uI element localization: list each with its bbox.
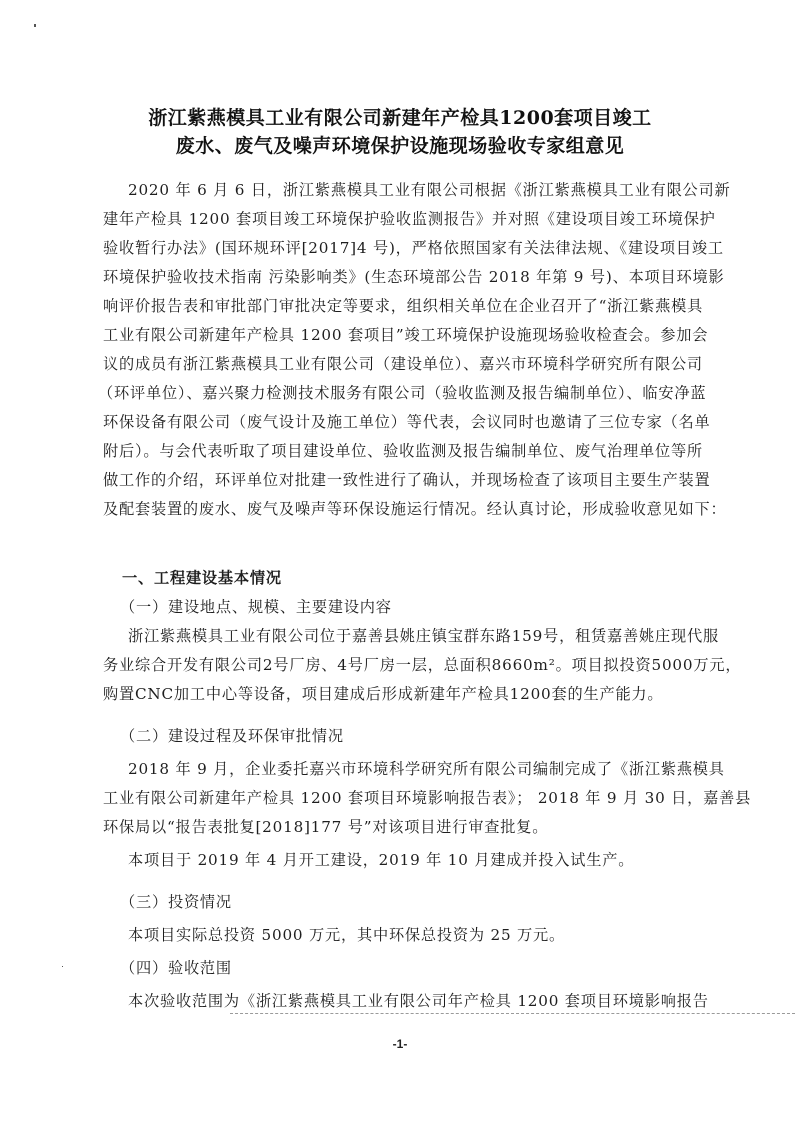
- intro-line: 环保设备有限公司（废气设计及施工单位）等代表，会议同时也邀请了三位专家（名单: [103, 412, 703, 432]
- document-title-line-1: 浙江紫燕模具工业有限公司新建年产检具1200套项目竣工: [0, 103, 800, 130]
- intro-line: 响评价报告表和审批部门审批决定等要求，组织相关单位在企业召开了“浙江紫燕模具: [103, 296, 703, 316]
- body-line: 购置CNC加工中心等设备，项目建成后形成新建年产检具1200套的生产能力。: [103, 684, 703, 704]
- intro-line: 附后）。与会代表听取了项目建设单位、验收监测及报告编制单位、废气治理单位等所: [103, 441, 703, 461]
- body-line: 务业综合开发有限公司2号厂房、4号厂房一层，总面积8660m²。项目拟投资500…: [103, 655, 703, 675]
- scan-speck: [34, 24, 36, 27]
- intro-line: 及配套装置的废水、废气及噪声等环保设施运行情况。经认真讨论，形成验收意见如下：: [103, 499, 703, 519]
- intro-line: 议的成员有浙江紫燕模具工业有限公司（建设单位）、嘉兴市环境科学研究所有限公司: [103, 354, 703, 374]
- body-line: 环保局以“报告表批复[2018]177 号”对该项目进行审查批复。: [103, 817, 703, 837]
- intro-line: 工业有限公司新建年产检具 1200 套项目”竣工环境保护设施现场验收检查会。参加…: [103, 325, 703, 345]
- intro-line: 做工作的介绍，环评单位对批建一致性进行了确认，并现场检查了该项目主要生产装置: [103, 470, 703, 490]
- subsection-heading: （一）建设地点、规模、主要建设内容: [120, 597, 720, 617]
- intro-line: （环评单位）、嘉兴聚力检测技术服务有限公司（验收监测及报告编制单位）、临安净蓝: [98, 383, 698, 403]
- page-number: -1-: [0, 1037, 800, 1051]
- body-line: 浙江紫燕模具工业有限公司位于嘉善县姚庄镇宝群东路159号，租赁嘉善姚庄现代服: [128, 626, 728, 646]
- intro-line: 验收暂行办法》(国环规环评[2017]4 号)，严格依照国家有关法律法规、《建设…: [103, 238, 703, 258]
- subsection-heading: （二）建设过程及环保审批情况: [120, 726, 720, 746]
- body-line: 本项目于 2019 年 4 月开工建设，2019 年 10 月建成并投入试生产。: [128, 850, 728, 870]
- document-title-line-2: 废水、废气及噪声环境保护设施现场验收专家组意见: [0, 131, 800, 158]
- intro-line: 2020 年 6 月 6 日，浙江紫燕模具工业有限公司根据《浙江紫燕模具工业有限…: [128, 180, 703, 200]
- scan-speck: [62, 966, 63, 967]
- intro-line: 环境保护验收技术指南 污染影响类》(生态环境部公告 2018 年第 9 号)、本…: [103, 267, 703, 287]
- body-line: 本次验收范围为《浙江紫燕模具工业有限公司年产检具 1200 套项目环境影响报告: [128, 991, 728, 1011]
- section-heading: 一、工程建设基本情况: [122, 568, 722, 588]
- body-line: 工业有限公司新建年产检具 1200 套项目环境影响报告表》； 2018 年 9 …: [103, 788, 703, 808]
- body-line: 2018 年 9 月，企业委托嘉兴市环境科学研究所有限公司编制完成了《浙江紫燕模…: [128, 759, 728, 779]
- page-divider: [230, 1013, 795, 1014]
- intro-line: 建年产检具 1200 套项目竣工环境保护验收监测报告》并对照《建设项目竣工环境保…: [103, 209, 703, 229]
- subsection-heading: （三）投资情况: [120, 892, 720, 912]
- subsection-heading: （四）验收范围: [120, 958, 720, 978]
- body-line: 本项目实际总投资 5000 万元，其中环保总投资为 25 万元。: [128, 925, 728, 945]
